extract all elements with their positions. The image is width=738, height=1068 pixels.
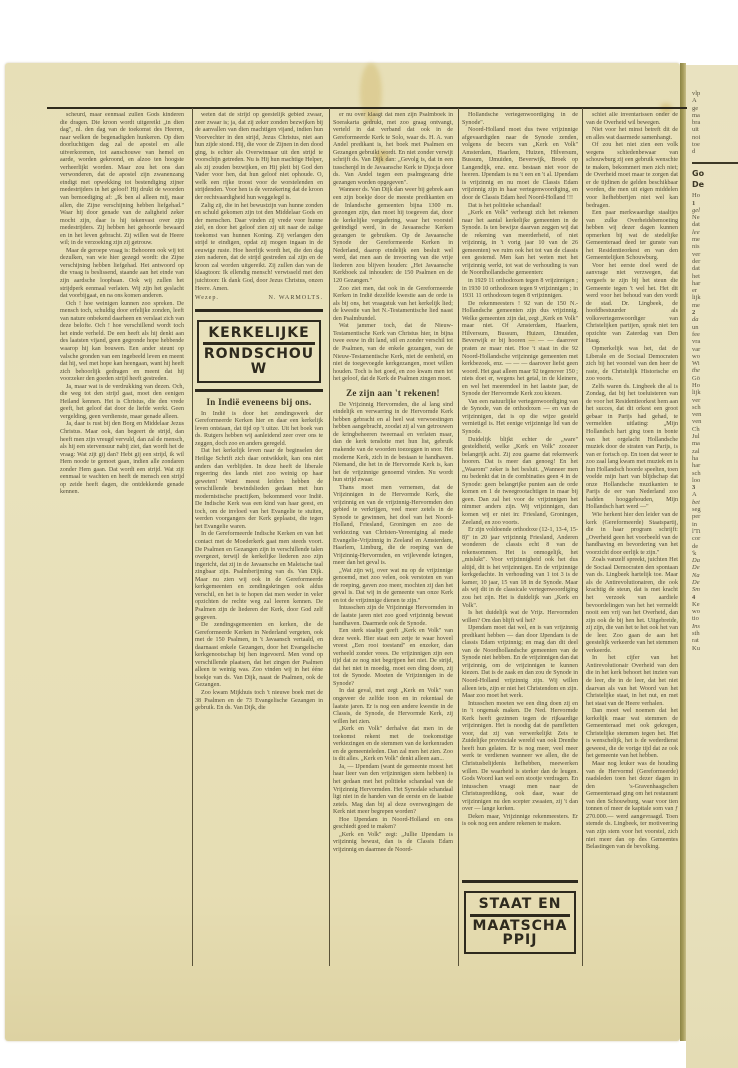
banner-line-1: KERKELIJKE (203, 326, 315, 341)
fragment-line: de (692, 543, 738, 550)
fragment-line: ver (692, 397, 738, 404)
paragraph: Zoo ziet men, dat ook in de Gereformeerd… (333, 286, 453, 324)
fragment-line: Ho (692, 382, 738, 389)
paragraph: Hollandsche vertegenwoordiging in de Syn… (462, 112, 578, 127)
column-3: er nu over klaagt dat men zijn Psalmboek… (333, 112, 453, 960)
paragraph: Ja, daar is rust bij den Borg en Middela… (60, 421, 184, 496)
column-divider (192, 108, 193, 966)
fragment-line: sch (692, 404, 738, 411)
fragment-line: ven (692, 411, 738, 418)
paragraph: „Kerk en Volk" derhalve dat men in de to… (333, 726, 453, 764)
section-banner-staat-en-maatschappij: STAAT EN MAATSCHAPPIJ (462, 880, 578, 960)
fragment-line: per (692, 513, 738, 520)
paragraph: Ja, maar wat is de verdrukking van dezen… (60, 384, 184, 422)
paragraph: „Wat zijn wij, over wat nu op de vrijzin… (333, 568, 453, 606)
fragment-line: loo (692, 477, 738, 484)
column-divider (458, 108, 459, 966)
paragraph: Er zijn voldoende orthodoxe (12-1, 13-4,… (462, 527, 578, 610)
fragment-line: wo (692, 353, 738, 360)
paragraph: Ja, — IJpendam (want de gemeente moest h… (333, 764, 453, 817)
fragment-line: Ku (692, 645, 738, 652)
paragraph: Noord-Holland moet dus twee vrijzinnige … (462, 127, 578, 202)
paragraph: Maar de geroepe vraag is: Behooren ook w… (60, 248, 184, 301)
fragment-line: fee (692, 331, 738, 338)
fragment-line: 1 (692, 200, 738, 207)
fragment-heading: Go (692, 170, 738, 177)
paragraph: Thans moet men vernemen, dat de Vrijzinn… (333, 485, 453, 568)
paragraph: Intusschen zijn de Vrijzinnige Hervormde… (333, 605, 453, 628)
fragment-line: me (692, 236, 738, 243)
fragment-line: 'k (692, 550, 738, 557)
paragraph: Deken maar, Vrijzinnige rekenmeesters. E… (462, 814, 578, 829)
paragraph: Dan moet wel noemen dat het kerkelijk ma… (586, 708, 678, 761)
fragment-line: lijk (692, 294, 738, 301)
fragment-line: ma (692, 112, 738, 119)
paragraph: Duidelijk blijkt echter de „ware" gestel… (462, 437, 578, 528)
paragraph: in 1929 11 orthodoxen tegen 8 vrijzinnig… (462, 278, 578, 301)
fragment-line: lijk (692, 389, 738, 396)
fragment-line: De (692, 564, 738, 571)
column-4: Hollandsche vertegenwoordiging in de Syn… (462, 112, 578, 960)
banner-line-1: STAAT EN (470, 897, 570, 912)
paragraph: Zoals vanzelf spreekt, juichten Het de S… (586, 557, 678, 655)
fragment-line: ha (692, 455, 738, 462)
fragment-line: l'Ti (692, 528, 738, 535)
fragment-line: bet (692, 499, 738, 506)
paragraph: In de Gereformeerde Indische Kerken en v… (195, 531, 323, 622)
paragraph: Opmerkelijk was het, dat de Liberale en … (586, 346, 678, 384)
adjacent-page-text: vlpAgemabrauitnoitoedGoDeHo1gelNedatleem… (692, 90, 738, 1050)
paragraph: Een sterk staaltje geeft „Kerk en Volk" … (333, 628, 453, 688)
fragment-line: er (692, 287, 738, 294)
fragment-line: Ho (692, 192, 738, 199)
fragment-line: Wi (692, 360, 738, 367)
paragraph: Niet voor het minst betreft dit de en al… (586, 127, 678, 142)
paragraph: schiet alle inventarissen onder de van d… (586, 112, 678, 127)
paragraph: IJpendam moet dat wel, en is van vrijzin… (462, 625, 578, 700)
fragment-line: De (692, 579, 738, 586)
fragment-line: sch (692, 470, 738, 477)
fragment-line: lee (692, 229, 738, 236)
paragraph: Zoo kwam Mijkhuis toch 't nieuwe boek me… (195, 690, 323, 713)
column-divider (582, 108, 583, 966)
fragment-line: nis (692, 243, 738, 250)
paragraph: Wanneer ds. Van Dijk dan weer bij gebrek… (333, 187, 453, 285)
paragraph: Dat het kerkelijk leven naar de beginsel… (195, 448, 323, 531)
column-4-upper: Hollandsche vertegenwoordiging in de Syn… (462, 112, 578, 874)
paragraph: er nu over klaagt dat men zijn Psalmboek… (333, 112, 453, 187)
fragment-line: in (692, 521, 738, 528)
article-heading: Ze zijn aan 't rekenen! (333, 387, 453, 399)
paragraph: „Kerk en Volk" zegt: „Jullie IJpendam is… (333, 832, 453, 855)
paragraph: Dat is het politieke schandaal! (462, 203, 578, 211)
signature-place: Wezep. (195, 295, 219, 303)
fragment-line: the (692, 367, 738, 374)
paragraph: Maar nog leuker was de houding van de He… (586, 761, 678, 852)
fragment-line: 3 (692, 484, 738, 491)
column-1: scheurd, maar eenmaal zullen Gods kinder… (60, 112, 184, 960)
paragraph: „Kerk en Volk" verheugt zich het rekenen… (462, 210, 578, 278)
paragraph: In dat geval, met zegt „Kerk en Volk" va… (333, 688, 453, 726)
paragraph: weten dat de strijd op geestelijk gebied… (195, 112, 323, 203)
fragment-line: me (692, 302, 738, 309)
paragraph: Och ! hoe weinigen kunnen zoo spreken. D… (60, 301, 184, 384)
column-5: schiet alle inventarissen onder de van d… (586, 112, 678, 960)
fragment-line: Jul (692, 433, 738, 440)
fragment-line: ma (692, 440, 738, 447)
fragment-line: da (692, 316, 738, 323)
fragment-line: har (692, 462, 738, 469)
fragment-line: A (692, 97, 738, 104)
paragraph: Voor het eerste doel werd de aanvrage ni… (586, 263, 678, 346)
signature-line: Wezep. N. WARMOLTS. (195, 295, 323, 303)
fragment-line: ge (692, 105, 738, 112)
fragment-line: sth (692, 630, 738, 637)
column-divider (329, 108, 330, 966)
fragment-line: gel (692, 207, 738, 214)
fragment-line: un (692, 324, 738, 331)
fragment-line: rat (692, 637, 738, 644)
fragment-line: tio (692, 615, 738, 622)
fragment-line: noi (692, 134, 738, 141)
paragraph: scheurd, maar eenmaal zullen Gods kinder… (60, 112, 184, 248)
paragraph: Zelfs waren ds. Lingbeek die al is Zonda… (586, 384, 678, 512)
article-heading: In Indië eveneens bij ons. (195, 396, 323, 408)
paragraph: In Indië is door het zendingswerk der Ge… (195, 411, 323, 449)
fragment-line: toe (692, 141, 738, 148)
fragment-line: A (692, 491, 738, 498)
fragment-heading: De (692, 181, 738, 188)
fragment-line: Ke (692, 601, 738, 608)
fragment-line: der (692, 258, 738, 265)
fragment-line: Sm (692, 586, 738, 593)
fragment-line: dat (692, 221, 738, 228)
paragraph: De rekenmeesters ! 92 van de 150 N.-Holl… (462, 301, 578, 399)
paragraph: Intusschen moeten we een ding doen zij e… (462, 701, 578, 814)
banner-bar (470, 914, 570, 917)
fragment-line: cor (692, 535, 738, 542)
signature-author: N. WARMOLTS. (269, 295, 324, 303)
fragment-line: Ne (692, 214, 738, 221)
fragment-line: ven (692, 418, 738, 425)
column-2: weten dat de strijd op geestelijk gebied… (195, 112, 323, 960)
rule (692, 162, 738, 164)
top-rule (47, 107, 687, 109)
paragraph: Van een natuurlijke vertegenwoordiging v… (462, 399, 578, 437)
fragment-line: Ins (692, 623, 738, 630)
paragraph: Is het duidelijk wat de Vrijz. Hervormde… (462, 610, 578, 625)
fragment-line: ver (692, 251, 738, 258)
fragment-line: 2 (692, 309, 738, 316)
paragraph: Een paar merkwaardige staaltjes van zulk… (586, 210, 678, 263)
fragment-line: vlp (692, 90, 738, 97)
paragraph: Hoe IJpendam in Noord-Holland en ons ges… (333, 817, 453, 832)
paragraph: In het cijfer van het Antirevolutionair … (586, 655, 678, 708)
fragment-line: har (692, 280, 738, 287)
fragment-line: bra (692, 119, 738, 126)
fragment-line: Da (692, 557, 738, 564)
section-banner-kerkelijke-rondschouw: KERKELIJKE RONDSCHOUW (195, 309, 323, 392)
banner-line-2: RONDSCHOUW (203, 347, 315, 376)
fragment-line: wo (692, 608, 738, 615)
paragraph: Of zou het niet zien een volk wegens sch… (586, 142, 678, 210)
paragraph: Wat jammer toch, dat de Nieuw-Testamenti… (333, 323, 453, 383)
fragment-line: Gö (692, 375, 738, 382)
paragraph: Wie herkent hier den leider van de kerk … (586, 512, 678, 557)
paragraph: De zendingsgemeenten en kerken, die de G… (195, 622, 323, 690)
fragment-line: vra (692, 338, 738, 345)
banner-bar (203, 342, 315, 345)
fragment-line: 4 (692, 594, 738, 601)
paragraph: Zalig zij, die in het bewustzijn van hun… (195, 203, 323, 294)
fragment-line: het (692, 273, 738, 280)
fragment-line: zal (692, 448, 738, 455)
paragraph: De Vrijzinnig Hervormden, die al lang si… (333, 402, 453, 485)
fragment-line: seg (692, 506, 738, 513)
fragment-line: var (692, 346, 738, 353)
fragment-line: uit (692, 126, 738, 133)
banner-line-2: MAATSCHAPPIJ (470, 919, 570, 948)
fragment-line: dat (692, 265, 738, 272)
fragment-line: Ch (692, 426, 738, 433)
fragment-line: d (692, 148, 738, 155)
fragment-line: Na (692, 572, 738, 579)
